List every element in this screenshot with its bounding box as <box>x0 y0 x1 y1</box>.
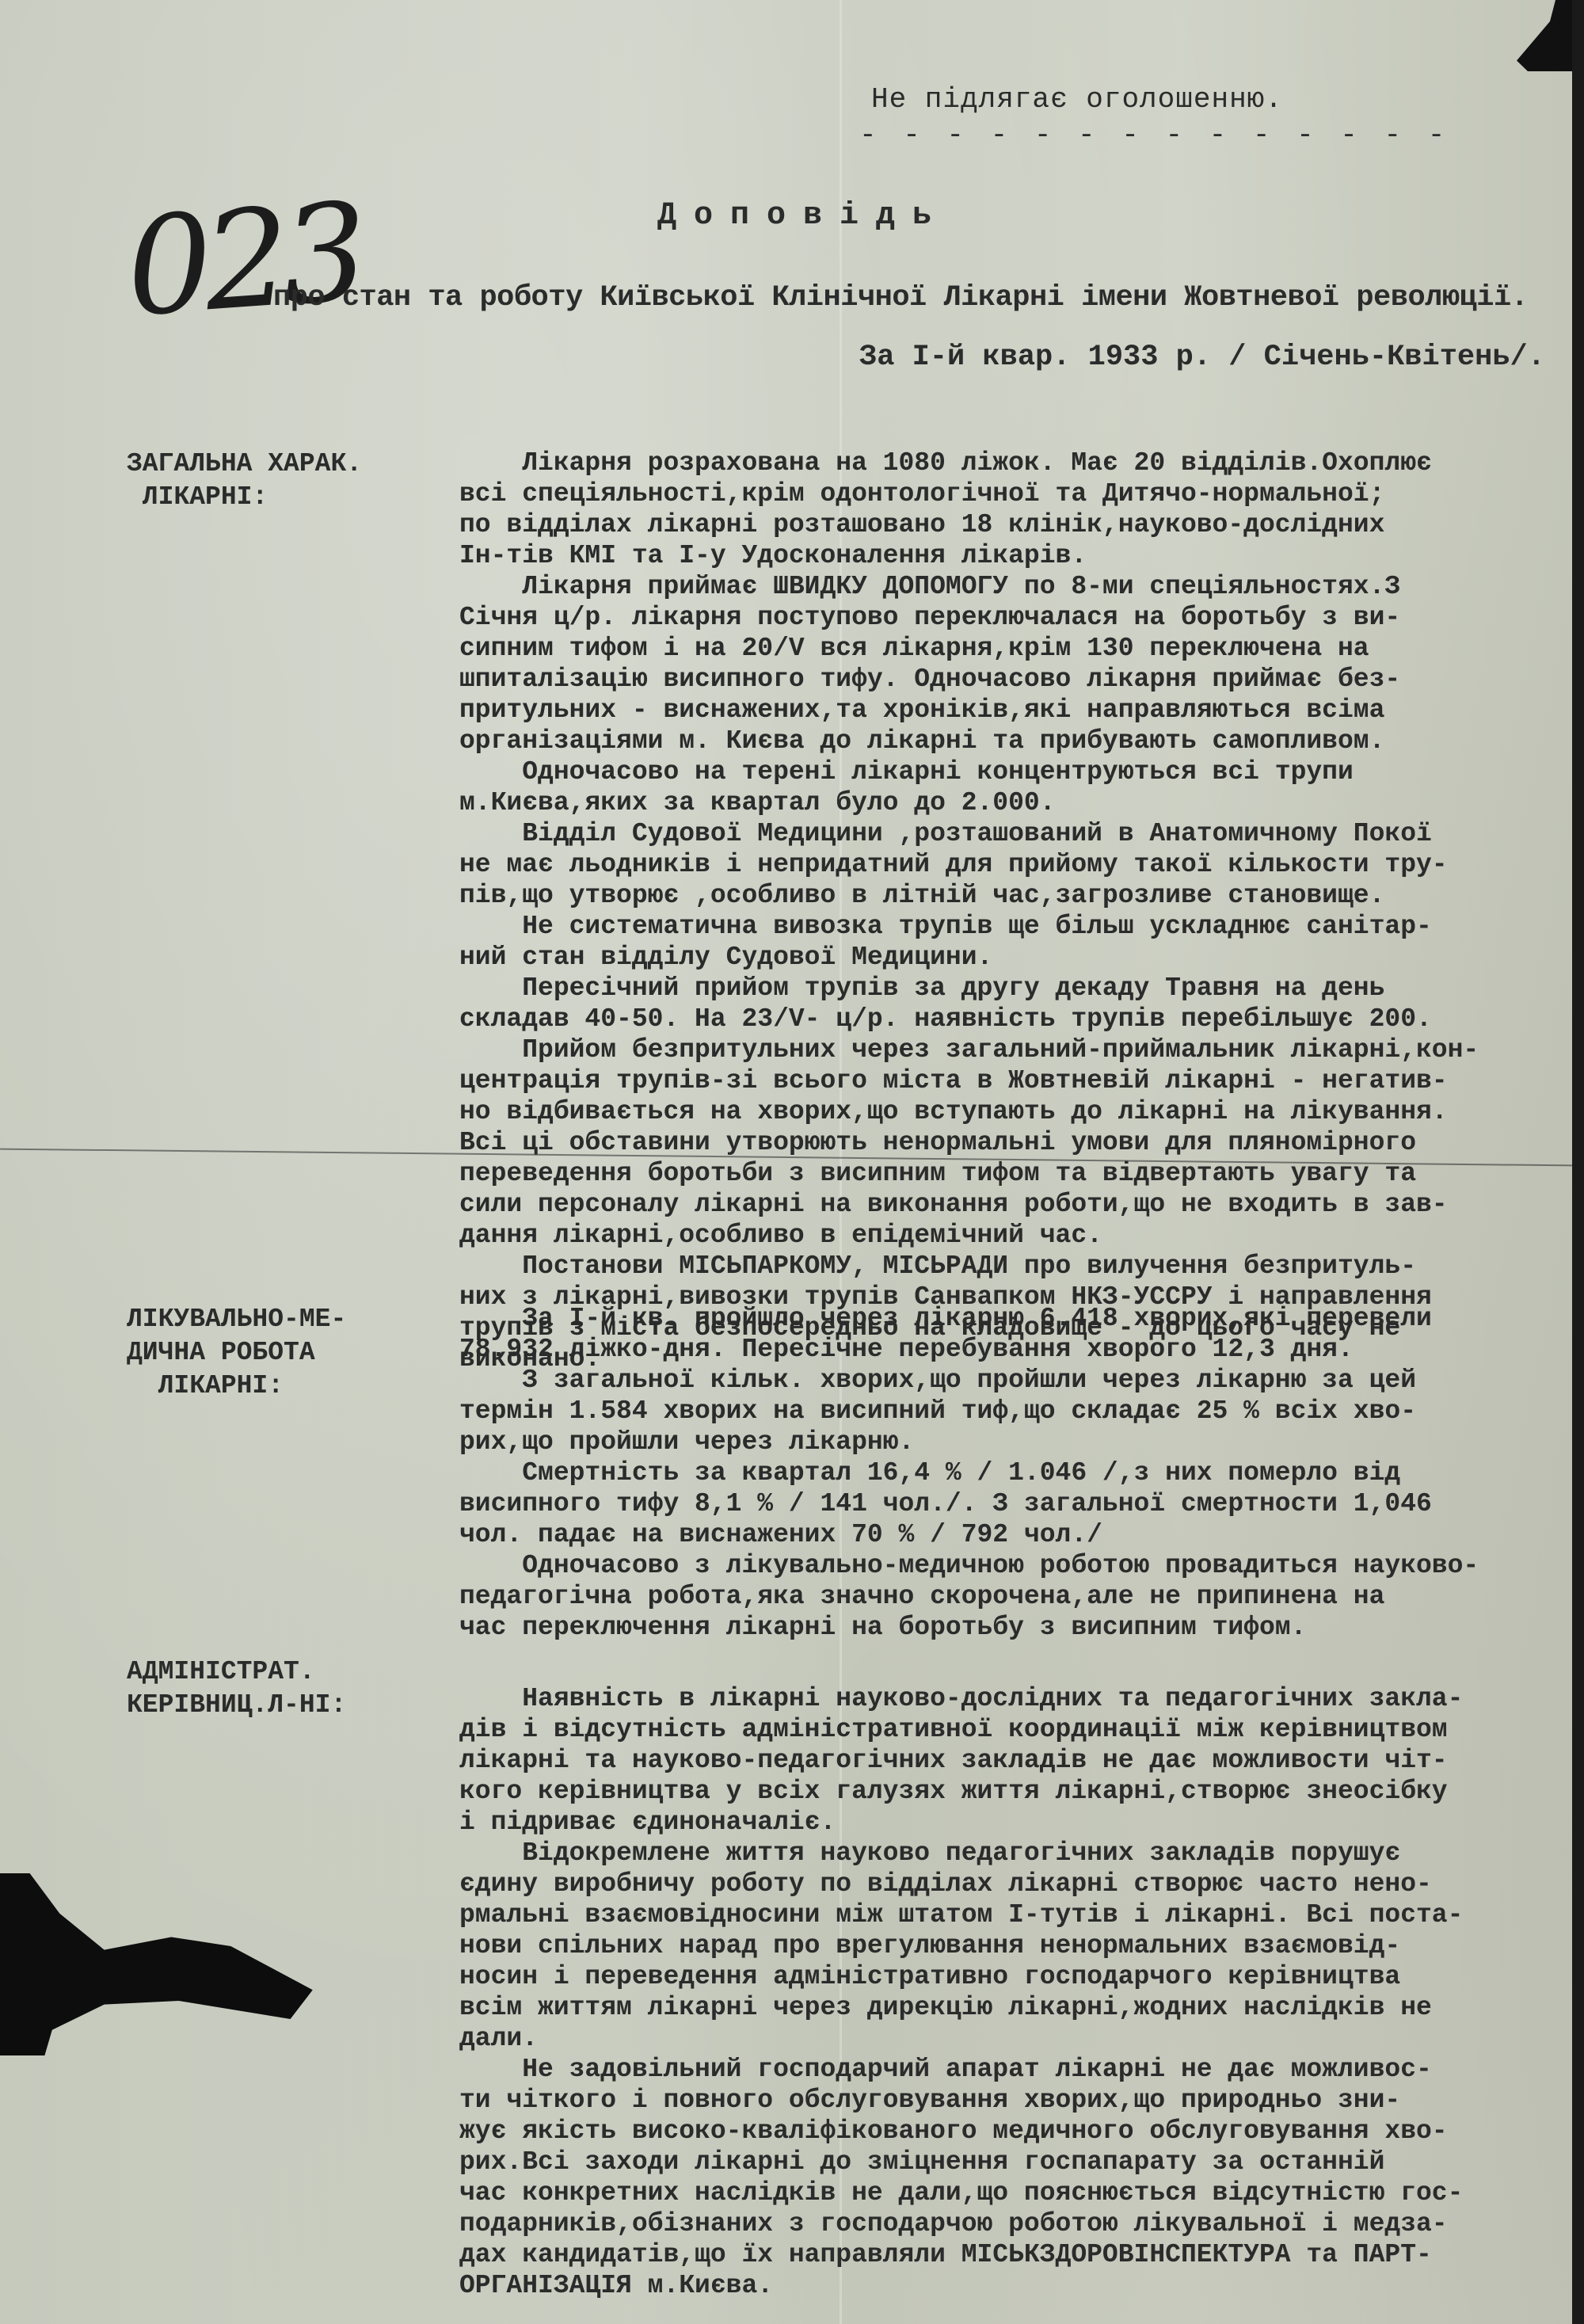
text-line: Ін-тів КМІ та І-у Удосконалення лікарів. <box>459 540 1552 571</box>
text-line: дання лікарні,особливо в епідемічний час… <box>459 1220 1552 1251</box>
text-line: шпиталізацію висипного тифу. Одночасово … <box>459 664 1552 695</box>
text-line: Смертність за квартал 16,4 % / 1.046 /,з… <box>459 1457 1552 1488</box>
text-line: пів,що утворює ,особливо в літній час,за… <box>459 880 1552 911</box>
text-line: З загальної кільк. хворих,що пройшли чер… <box>459 1365 1552 1396</box>
text-line: дів і відсутність адміністративної коорд… <box>459 1714 1552 1745</box>
text-line: по відділах лікарні розташовано 18 кліні… <box>459 509 1552 540</box>
text-line: нови спільних нарад про врегулювання нен… <box>459 1930 1552 1961</box>
handwritten-page-number: 023 <box>121 174 365 347</box>
text-line: притульних - виснажених,та хроніків,які … <box>459 695 1552 726</box>
text-line: Відділ Судової Медицини ,розташований в … <box>459 818 1552 849</box>
section-label: АДМІНІСТРАТ. КЕРІВНИЦ.Л-НІ: <box>127 1655 346 1722</box>
text-line: м.Києва,яких за квартал було до 2.000. <box>459 787 1552 818</box>
text-line: не має льодників і непридатний для прийо… <box>459 849 1552 880</box>
text-line: переведення боротьби з висипним тифом та… <box>459 1158 1552 1189</box>
document-subtitle: про стан та роботу Київської Клінічної Л… <box>273 281 1528 314</box>
text-line: лікарні та науково-педагогічних закладів… <box>459 1745 1552 1776</box>
text-line: час конкретних наслідків не дали,що пояс… <box>459 2177 1552 2208</box>
text-line: жує якість високо-кваліфікованого медичн… <box>459 2116 1552 2147</box>
document-title: Доповідь <box>657 198 949 234</box>
text-line: Постанови МІСЬПАРКОМУ, МІСЬРАДИ про вилу… <box>459 1251 1552 1282</box>
text-line: сили персоналу лікарні на виконання робо… <box>459 1189 1552 1220</box>
text-line: Одночасово з лікувально-медичною роботою… <box>459 1550 1552 1581</box>
text-line: дах кандидатів,що їх направляли МІСЬКЗДО… <box>459 2239 1552 2270</box>
text-line: складав 40-50. На 23/V- ц/р. наявність т… <box>459 1004 1552 1034</box>
confidentiality-note: Не підлягає оголошенню. <box>871 83 1283 116</box>
section-body: За I-й кв. пройшло через лікарню 6.418 х… <box>459 1303 1552 1643</box>
text-line: рих.Всі заходи лікарні до зміцнення госп… <box>459 2147 1552 2177</box>
text-line: Січня ц/р. лікарня поступово переключала… <box>459 602 1552 633</box>
text-line: Лікарня приймає ШВИДКУ ДОПОМОГУ по 8-ми … <box>459 571 1552 602</box>
text-line: Прийом безпритульних через загальний-при… <box>459 1034 1552 1065</box>
text-line: Відокремлене життя науково педагогічних … <box>459 1838 1552 1869</box>
text-line: всі спеціяльності,крім одонтологічної та… <box>459 478 1552 509</box>
text-line: дали. <box>459 2023 1552 2054</box>
text-line: Пересічний прийом трупів за другу декаду… <box>459 973 1552 1004</box>
text-line: педагогічна робота,яка значно скорочена,… <box>459 1581 1552 1612</box>
text-line: час переключення лікарні на боротьбу з в… <box>459 1612 1552 1643</box>
text-line: Не систематична вивозка трупів ще більш … <box>459 911 1552 942</box>
section-body: Лікарня розрахована на 1080 ліжок. Має 2… <box>459 448 1552 1374</box>
text-line: і підриває єдиноначаліє. <box>459 1807 1552 1838</box>
text-line: центрація трупів-зі всього міста в Жовтн… <box>459 1065 1552 1096</box>
text-line: носин і переведення адміністративно госп… <box>459 1961 1552 1992</box>
text-line: Одночасово на терені лікарні концентруют… <box>459 756 1552 787</box>
text-line: термін 1.584 хворих на висипний тиф,що с… <box>459 1396 1552 1427</box>
text-line: організаціями м. Києва до лікарні та при… <box>459 726 1552 756</box>
text-line: подарників,обізнаних з господарчою робот… <box>459 2208 1552 2239</box>
text-line: всім життям лікарні через дирекцію лікар… <box>459 1992 1552 2023</box>
torn-corner <box>1517 0 1572 71</box>
text-line: Наявність в лікарні науково-дослідних та… <box>459 1683 1552 1714</box>
text-line: висипного тифу 8,1 % / 141 чол./. З зага… <box>459 1488 1552 1519</box>
text-line: но відбивається на хворих,що вступають д… <box>459 1096 1552 1127</box>
text-line: ний стан відділу Судової Медицини. <box>459 942 1552 973</box>
text-line: 78.932 ліжко-дня. Пересічне перебування … <box>459 1334 1552 1365</box>
text-line: ти чіткого і повного обслуговування хвор… <box>459 2085 1552 2116</box>
note-underline: - - - - - - - - - - - - - - <box>859 119 1449 151</box>
section-body: Наявність в лікарні науково-дослідних та… <box>459 1683 1552 2301</box>
text-line: Не задовільний господарчий апарат лікарн… <box>459 2054 1552 2085</box>
torn-edge-hole <box>0 1873 372 2055</box>
text-line: кого керівництва у всіх галузях життя лі… <box>459 1776 1552 1807</box>
text-line: чол. падає на виснажених 70 % / 792 чол.… <box>459 1519 1552 1550</box>
text-line: рмальні взаємовідносини між штатом І-тут… <box>459 1899 1552 1930</box>
text-line: Всі ці обставини утворюють ненормальні у… <box>459 1127 1552 1158</box>
text-line: Лікарня розрахована на 1080 ліжок. Має 2… <box>459 448 1552 478</box>
text-line: За I-й кв. пройшло через лікарню 6.418 х… <box>459 1303 1552 1334</box>
text-line: єдину виробничу роботу по відділах лікар… <box>459 1869 1552 1899</box>
text-line: ОРГАНІЗАЦІЯ м.Києва. <box>459 2270 1552 2301</box>
report-period: За I-й квар. 1933 р. / Січень-Квітень/. <box>859 341 1545 374</box>
text-line: рих,що пройшли через лікарню. <box>459 1427 1552 1457</box>
document-page: Не підлягає оголошенню. - - - - - - - - … <box>0 0 1572 2324</box>
section-label: ЛІКУВАЛЬНО-МЕ- ДИЧНА РОБОТА ЛІКАРНІ: <box>127 1303 346 1403</box>
text-line: сипним тифом і на 20/V вся лікарня,крім … <box>459 633 1552 664</box>
section-label: ЗАГАЛЬНА ХАРАК. ЛІКАРНІ: <box>127 448 362 514</box>
